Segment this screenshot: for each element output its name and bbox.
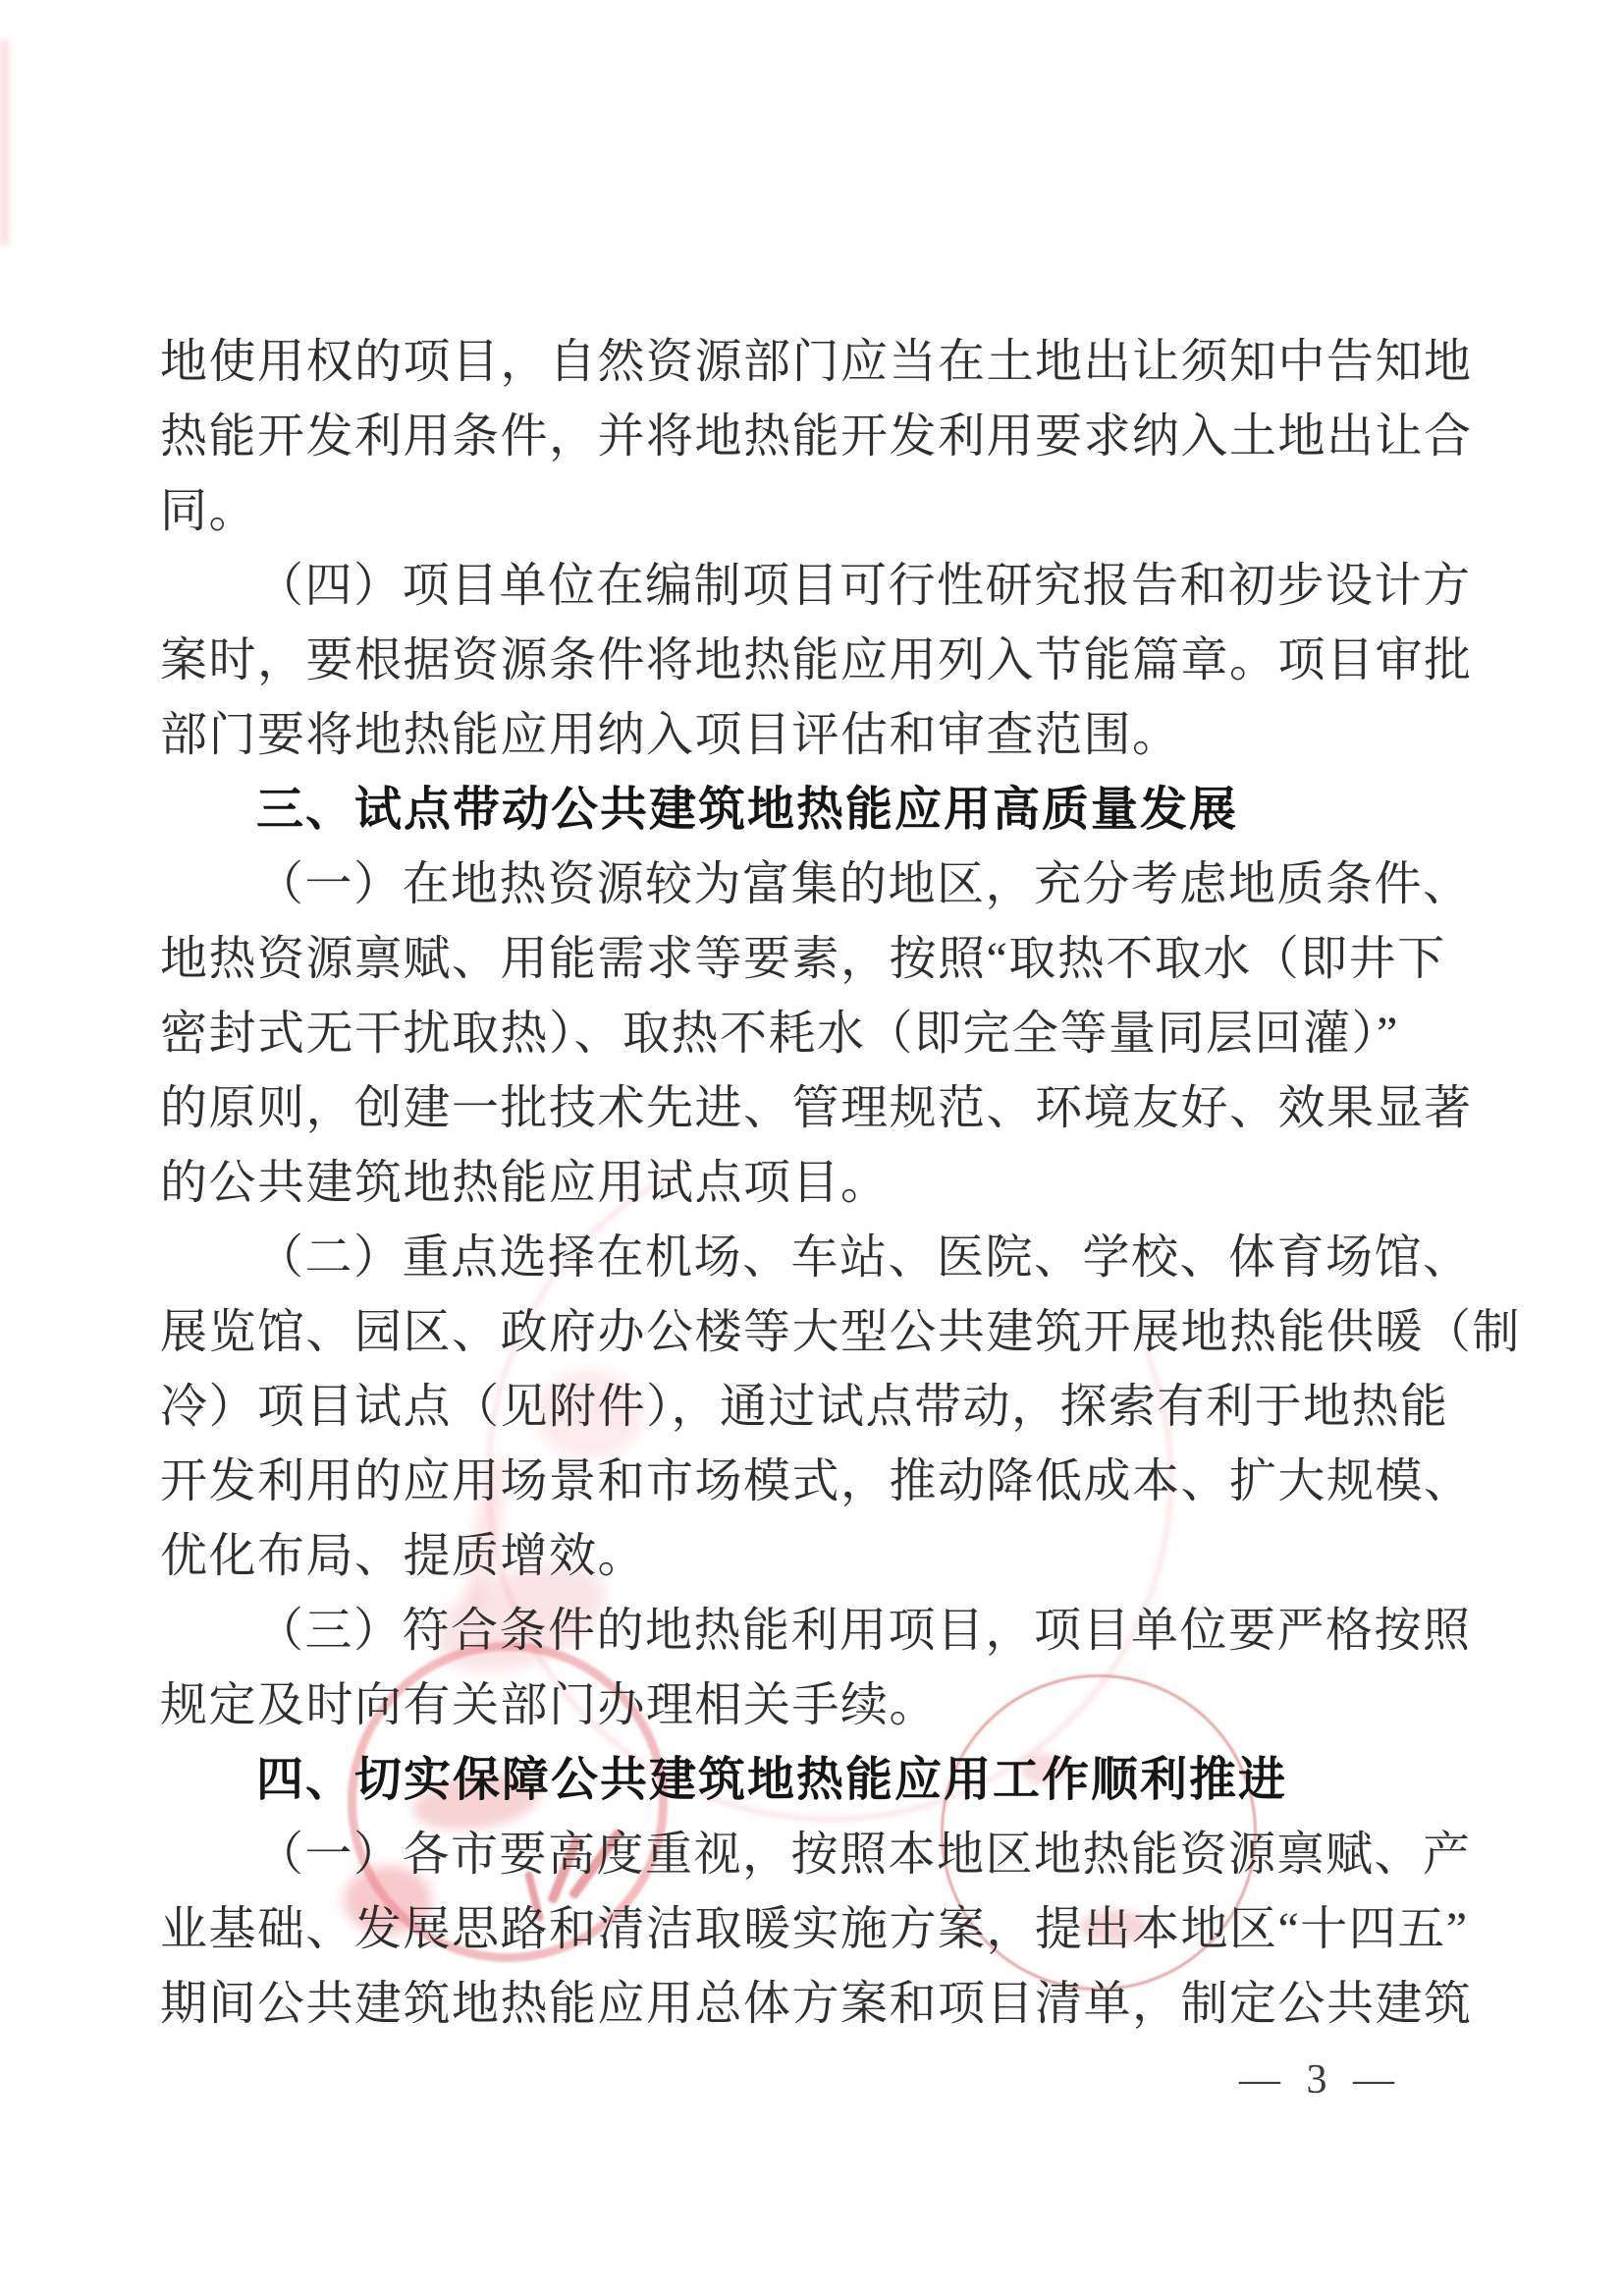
text-line: 展览馆、园区、政府办公楼等大型公共建筑开展地热能供暖（制	[160, 1306, 1521, 1359]
document-page: 地使用权的项目，自然资源部门应当在土地出让须知中告知地热能开发利用条件，并将地热…	[0, 0, 1623, 2296]
text-line: 部门要将地热能应用纳入项目评估和审查范围。	[160, 709, 1181, 762]
text-line: 开发利用的应用场景和市场模式，推动降低成本、扩大规模、	[160, 1455, 1473, 1508]
page-number: — 3 —	[1239, 2056, 1402, 2104]
text-line: （四）项目单位在编制项目可行性研究报告和初步设计方	[256, 560, 1472, 613]
text-line: （二）重点选择在机场、车站、医院、学校、体育场馆、	[256, 1231, 1472, 1285]
text-line: 业基础、发展思路和清洁取暖实施方案，提出本地区“十四五”	[160, 1903, 1469, 1956]
text-line: 的公共建筑地热能应用试点项目。	[160, 1157, 890, 1210]
text-line: 地热资源禀赋、用能需求等要素，按照“取热不取水（即井下	[160, 933, 1446, 986]
text-line: （一）在地热资源较为富集的地区，充分考虑地质条件、	[256, 858, 1472, 911]
text-line: 密封式无干扰取热）、取热不耗水（即完全等量同层回灌）”	[160, 1008, 1399, 1061]
text-line: 期间公共建筑地热能应用总体方案和项目清单，制定公共建筑	[160, 1978, 1473, 2031]
text-line: （三）符合条件的地热能利用项目，项目单位要严格按照	[256, 1605, 1472, 1658]
text-line: 地使用权的项目，自然资源部门应当在土地出让须知中告知地	[160, 336, 1473, 389]
text-line: 热能开发利用条件，并将地热能开发利用要求纳入土地出让合	[160, 410, 1473, 464]
text-line: 规定及时向有关部门办理相关手续。	[160, 1679, 938, 1732]
text-line: （一）各市要高度重视，按照本地区地热能资源禀赋、产	[256, 1829, 1472, 1882]
text-line: 案时，要根据资源条件将地热能应用列入节能篇章。项目审批	[160, 634, 1473, 687]
text-line: 同。	[160, 485, 257, 538]
text-line: 优化布局、提质增效。	[160, 1530, 646, 1583]
text-line: 冷）项目试点（见附件），通过试点带动，探索有利于地热能	[160, 1381, 1449, 1434]
text-line: 的原则，创建一批技术先进、管理规范、环境友好、效果显著	[160, 1082, 1473, 1135]
text-layer: 地使用权的项目，自然资源部门应当在土地出让须知中告知地热能开发利用条件，并将地热…	[0, 0, 1623, 2296]
section-heading: 三、试点带动公共建筑地热能应用高质量发展	[256, 784, 1238, 837]
section-heading: 四、切实保障公共建筑地热能应用工作顺利推进	[256, 1754, 1287, 1807]
